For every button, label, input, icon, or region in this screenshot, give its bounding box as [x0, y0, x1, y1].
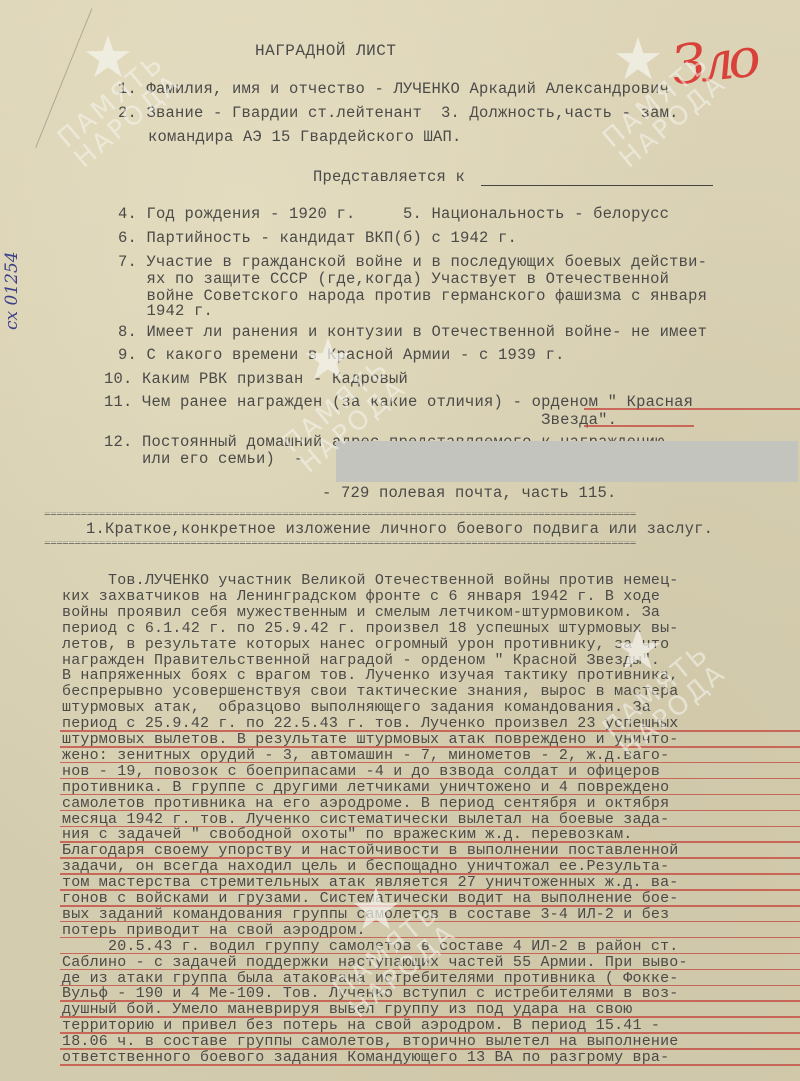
red-handwritten-mark: Зло — [669, 26, 758, 97]
document-page: НАГРАДНОЙ ЛИСТ Зло 1. Фамилия, имя и отч… — [0, 0, 800, 1081]
narrative-line: период с 6.1.42 г. по 25.9.42 г. произве… — [62, 620, 679, 637]
watermark-star-icon: ★ — [612, 30, 664, 88]
margin-handwritten-note: сх 01254 — [2, 251, 22, 330]
watermark-star-icon: ★ — [612, 620, 664, 678]
item-8: 8. Имеет ли ранения и контузии в Отечест… — [118, 323, 707, 341]
watermark-star-icon: ★ — [82, 28, 134, 86]
item-10: 10. Каким РВК призван - Кадровый — [104, 370, 408, 388]
item-7-line-2: ях по защите СССР (где,когда) Участвует … — [118, 270, 669, 288]
narrative-line: В напряженных боях с врагом тов. Лученко… — [62, 667, 679, 684]
item-12-line-2: или его семьи) - — [104, 450, 304, 468]
narrative-line: беспрерывно усовершенствуя свои тактичес… — [62, 683, 679, 700]
watermark-star-icon: ★ — [302, 330, 354, 388]
narrative-line: штурмовых атак, образцово выполняющего з… — [62, 699, 651, 716]
red-underline — [584, 425, 694, 427]
narrative-line: Тов.ЛУЧЕНКО участник Великой Отечественн… — [62, 572, 679, 589]
narrative-line: летов, в результате которых нанес огромн… — [62, 636, 669, 653]
divider-rule: ========================================… — [44, 541, 800, 547]
presented-label: Представляется к — [313, 168, 465, 186]
header-line-3: командира АЭ 15 Гвардейского ШАП. — [148, 128, 462, 146]
item-4-5: 4. Год рождения - 1920 г. 5. Национально… — [118, 205, 669, 223]
header-line-2: 2. Звание - Гвардии ст.лейтенант 3. Долж… — [118, 104, 679, 122]
narrative-line: ких захватчиков на Ленинградском фронте … — [62, 588, 660, 605]
presented-blank-field — [481, 184, 713, 186]
divider-rule: ========================================… — [44, 512, 800, 518]
item-7-line-4: 1942 г. — [118, 302, 213, 320]
item-7-line-1: 7. Участие в гражданской войне и в после… — [118, 253, 707, 271]
header-line-1: 1. Фамилия, имя и отчество - ЛУЧЕНКО Арк… — [118, 80, 669, 98]
item-6: 6. Партийность - кандидат ВКП(б) с 1942 … — [118, 229, 517, 247]
narrative-line: войны проявил себя мужественным и смелым… — [62, 604, 660, 621]
item-11-line-2: Звезда". — [104, 411, 617, 429]
red-underline — [60, 1064, 800, 1066]
field-post: - 729 полевая почта, часть 115. — [322, 484, 617, 502]
red-underline — [584, 408, 800, 410]
section-heading: 1.Краткое,конкретное изложение личного б… — [86, 520, 713, 538]
narrative-line: награжден Правительственной наградой - о… — [62, 652, 660, 669]
redacted-address — [336, 441, 798, 482]
document-title: НАГРАДНОЙ ЛИСТ — [255, 42, 396, 60]
watermark-star-icon: ★ — [350, 880, 402, 938]
